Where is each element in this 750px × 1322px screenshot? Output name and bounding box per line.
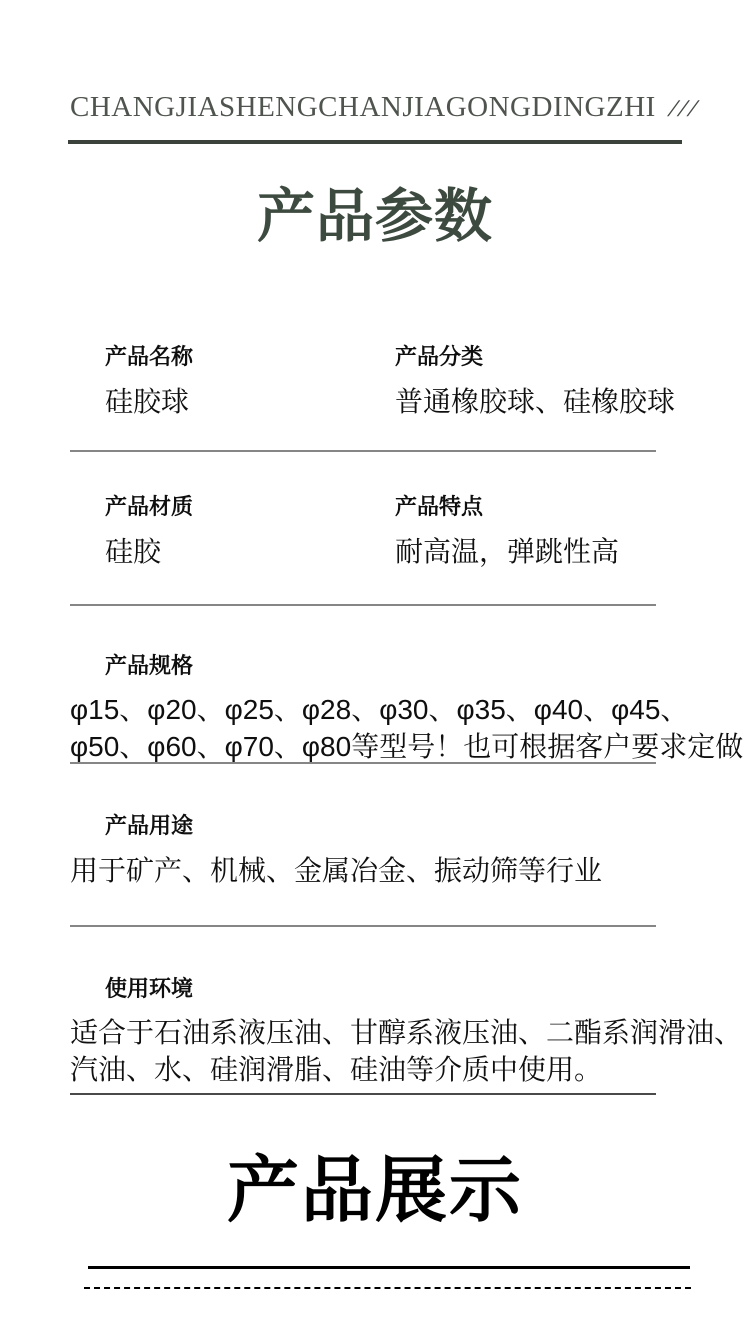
- product-detail-page: CHANGJIASHENGCHANJIAGONGDINGZHI/// 产品参数 …: [0, 0, 750, 1322]
- bottom-dashed-rule: [84, 1287, 691, 1289]
- brand-header: CHANGJIASHENGCHANJIAGONGDINGZHI///: [70, 90, 699, 126]
- spec-line-2: φ50、φ60、φ70、φ80等型号！也可根据客户要求定做: [70, 728, 743, 765]
- field-label: 产品名称: [105, 344, 193, 370]
- section-divider: [70, 604, 656, 606]
- section-divider: [70, 762, 656, 764]
- brand-text: CHANGJIASHENGCHANJIAGONGDINGZHI: [70, 91, 656, 123]
- field-label: 产品规格: [105, 653, 743, 679]
- slashes-icon: ///: [666, 92, 702, 126]
- section-divider: [70, 450, 656, 452]
- field-label: 产品用途: [105, 813, 602, 839]
- field-product-features: 产品特点 耐高温，弹跳性高: [395, 494, 619, 571]
- field-product-specs: 产品规格 φ15、φ20、φ25、φ28、φ30、φ35、φ40、φ45、 φ5…: [105, 653, 743, 765]
- header-rule: [68, 140, 682, 144]
- field-use-environment: 使用环境 适合于石油系液压油、甘醇系液压油、二酯系润滑油、 汽油、水、硅润滑脂、…: [105, 976, 742, 1088]
- field-value: 硅胶: [105, 533, 193, 571]
- env-line-2: 汽油、水、硅润滑脂、硅油等介质中使用。: [70, 1051, 742, 1088]
- field-value: 适合于石油系液压油、甘醇系液压油、二酯系润滑油、 汽油、水、硅润滑脂、硅油等介质…: [70, 1014, 742, 1088]
- section-divider: [70, 925, 656, 927]
- section-divider: [70, 1093, 656, 1095]
- spec-line-1: φ15、φ20、φ25、φ28、φ30、φ35、φ40、φ45、: [70, 691, 743, 728]
- field-product-material: 产品材质 硅胶: [105, 494, 193, 571]
- field-value: 用于矿产、机械、金属冶金、振动筛等行业: [70, 852, 602, 890]
- field-product-uses: 产品用途 用于矿产、机械、金属冶金、振动筛等行业: [105, 813, 602, 890]
- field-product-name: 产品名称 硅胶球: [105, 344, 193, 421]
- page-title: 产品参数: [0, 183, 750, 251]
- field-value: 耐高温，弹跳性高: [395, 533, 619, 571]
- field-label: 产品分类: [395, 344, 675, 370]
- field-value: 普通橡胶球、硅橡胶球: [395, 383, 675, 421]
- env-line-1: 适合于石油系液压油、甘醇系液压油、二酯系润滑油、: [70, 1014, 742, 1051]
- field-product-category: 产品分类 普通橡胶球、硅橡胶球: [395, 344, 675, 421]
- field-value: φ15、φ20、φ25、φ28、φ30、φ35、φ40、φ45、 φ50、φ60…: [70, 691, 743, 765]
- field-label: 产品特点: [395, 494, 619, 520]
- bottom-solid-rule: [88, 1266, 690, 1269]
- display-section-title: 产品展示: [0, 1148, 750, 1234]
- field-label: 产品材质: [105, 494, 193, 520]
- field-label: 使用环境: [105, 976, 742, 1002]
- field-value: 硅胶球: [105, 383, 193, 421]
